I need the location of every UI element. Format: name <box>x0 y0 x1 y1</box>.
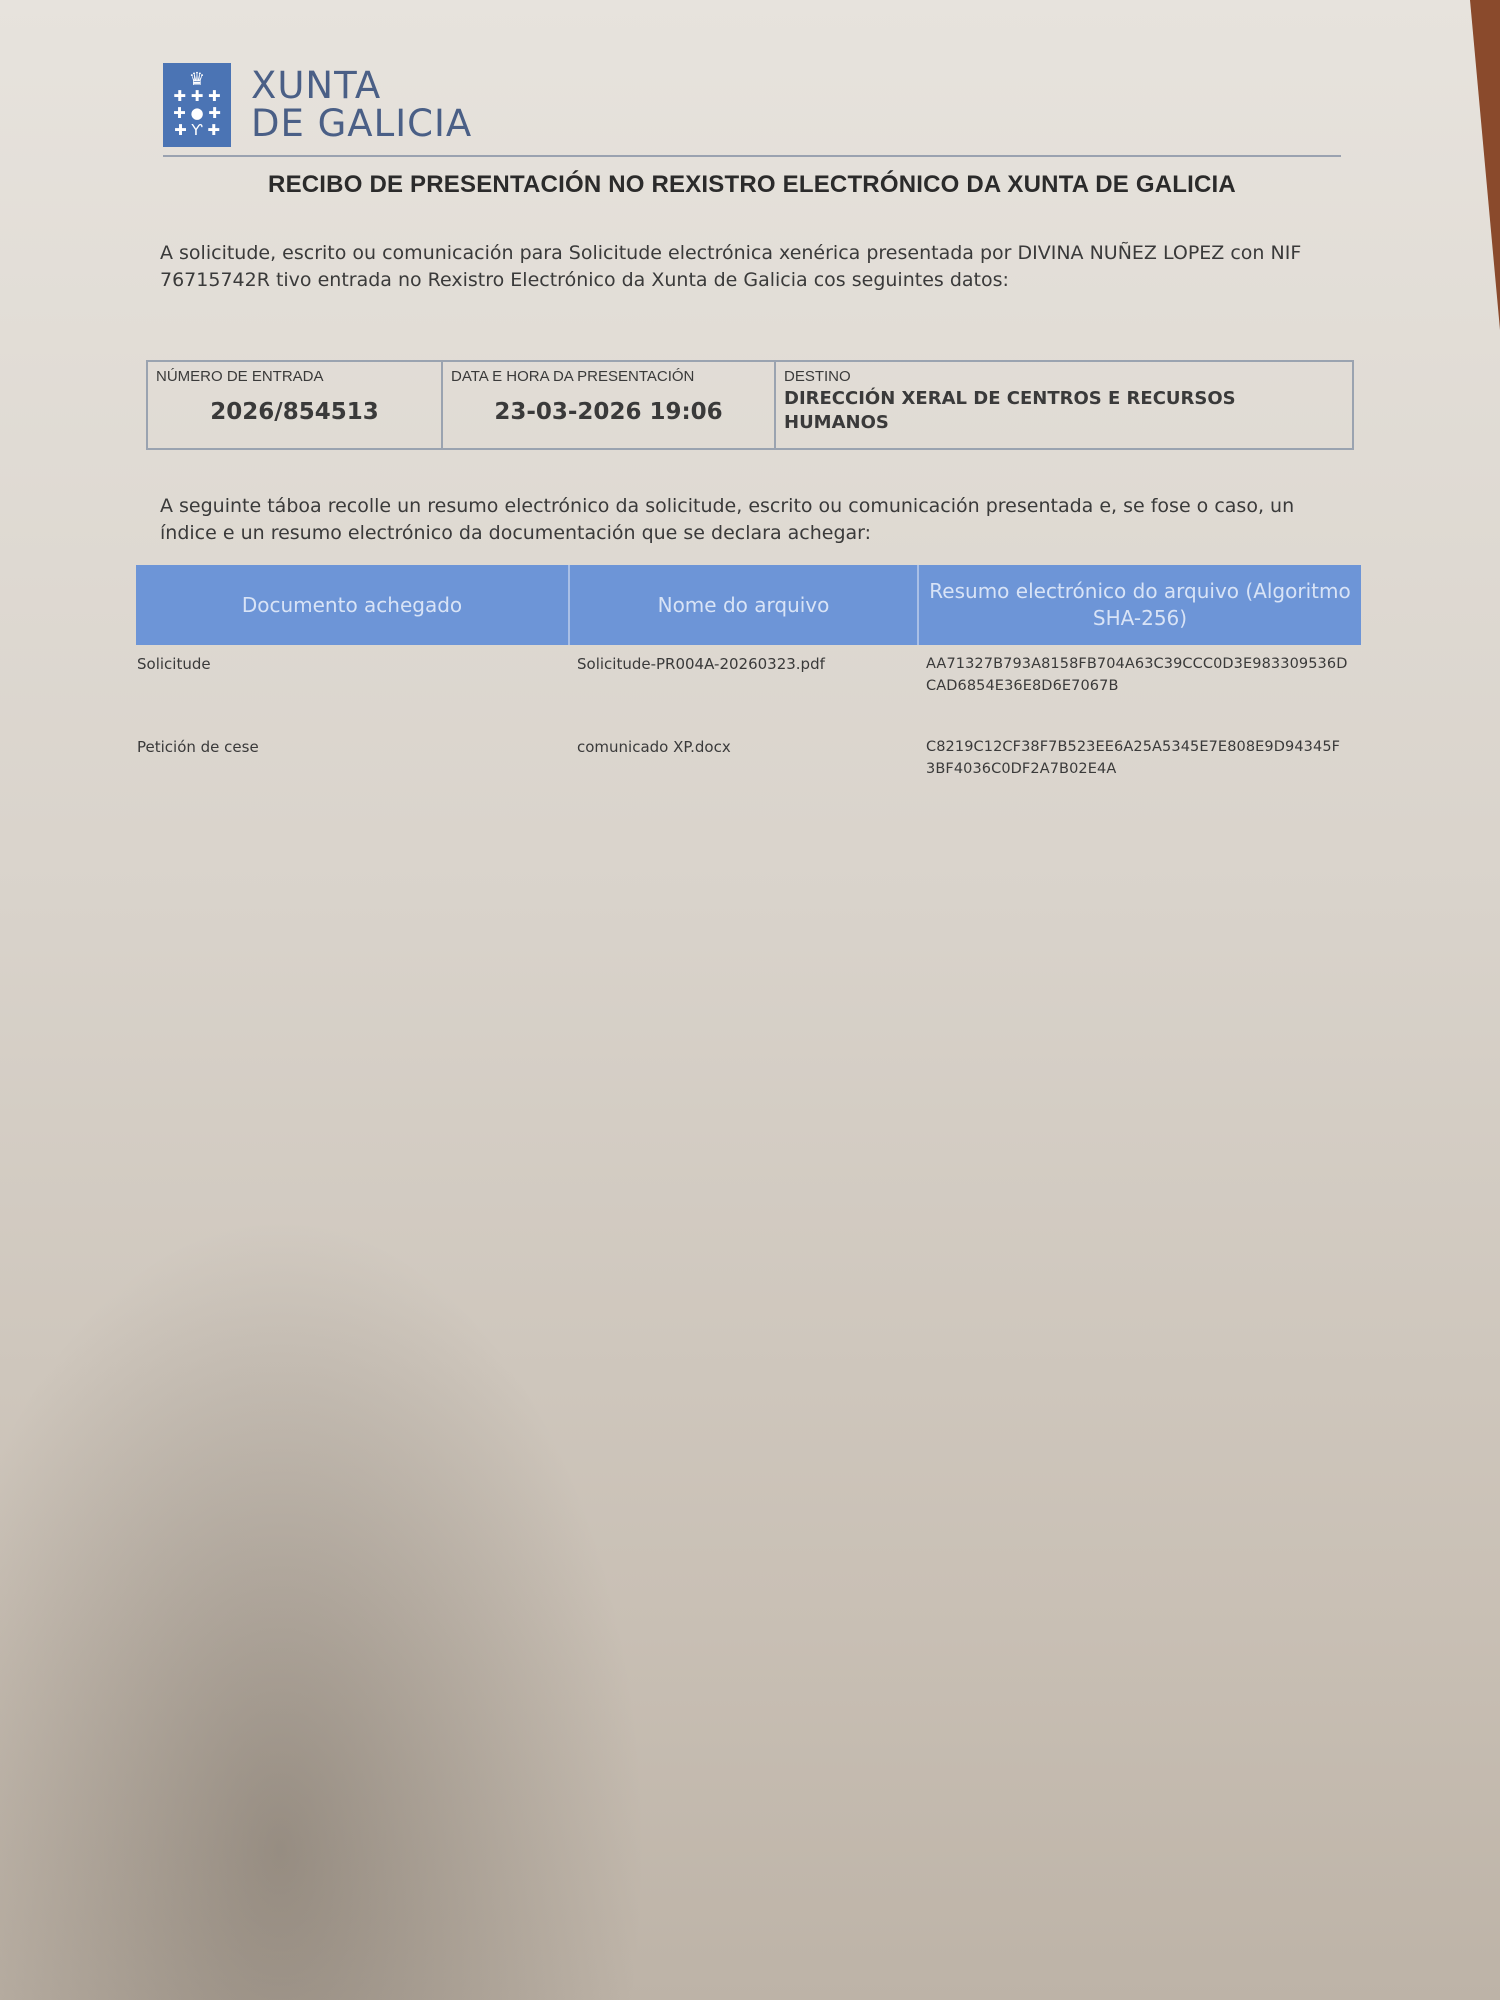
filename-cell: Solicitude-PR004A-20260323.pdf <box>569 645 918 728</box>
intro-paragraph: A solicitude, escrito ou comunicación pa… <box>160 240 1350 294</box>
entry-number-cell: NÚMERO DE ENTRADA 2026/854513 <box>148 362 443 448</box>
logo-text: XUNTA DE GALICIA <box>251 67 472 143</box>
document-cell: Petición de cese <box>136 728 569 811</box>
entry-destination-cell: DESTINO DIRECCIÓN XERAL DE CENTROS E REC… <box>776 362 1352 448</box>
entry-destination-label: DESTINO <box>784 368 1344 385</box>
entry-info-box: NÚMERO DE ENTRADA 2026/854513 DATA E HOR… <box>146 360 1354 450</box>
column-header-hash: Resumo electrónico do arquivo (Algoritmo… <box>918 565 1361 645</box>
entry-datetime-value: 23-03-2026 19:06 <box>451 399 766 425</box>
hash-line-2: 3BF4036C0DF2A7B02E4A <box>926 758 1360 780</box>
table-row: Petición de cese comunicado XP.docx C821… <box>136 728 1361 811</box>
summary-intro-paragraph: A seguinte táboa recolle un resumo elect… <box>160 493 1350 547</box>
entry-datetime-cell: DATA E HORA DA PRESENTACIÓN 23-03-2026 1… <box>443 362 776 448</box>
xunta-logo: ♛ ✚ ✚ ✚ ✚ ● ✚ ✚ Ƴ ✚ XUNTA DE GALICIA <box>163 63 472 147</box>
hash-line-1: C8219C12CF38F7B523EE6A25A5345E7E808E9D94… <box>926 736 1360 758</box>
document-page: ♛ ✚ ✚ ✚ ✚ ● ✚ ✚ Ƴ ✚ XUNTA DE GALICIA REC… <box>0 0 1500 2000</box>
hash-cell: AA71327B793A8158FB704A63C39CCC0D3E983309… <box>918 645 1361 728</box>
hash-line-1: AA71327B793A8158FB704A63C39CCC0D3E983309… <box>926 653 1360 675</box>
galicia-crest-icon: ♛ ✚ ✚ ✚ ✚ ● ✚ ✚ Ƴ ✚ <box>163 63 231 147</box>
table-header-row: Documento achegado Nome do arquivo Resum… <box>136 565 1361 645</box>
document-cell: Solicitude <box>136 645 569 728</box>
hash-line-2: CAD6854E36E8D6E7067B <box>926 675 1360 697</box>
entry-number-value: 2026/854513 <box>156 399 433 425</box>
entry-number-label: NÚMERO DE ENTRADA <box>156 368 433 385</box>
column-header-filename: Nome do arquivo <box>569 565 918 645</box>
column-header-document: Documento achegado <box>136 565 569 645</box>
entry-destination-value: DIRECCIÓN XERAL DE CENTROS E RECURSOS HU… <box>784 387 1344 435</box>
table-row: Solicitude Solicitude-PR004A-20260323.pd… <box>136 645 1361 728</box>
hash-cell: C8219C12CF38F7B523EE6A25A5345E7E808E9D94… <box>918 728 1361 811</box>
logo-line-1: XUNTA <box>251 67 472 105</box>
document-title: RECIBO DE PRESENTACIÓN NO REXISTRO ELECT… <box>163 171 1341 199</box>
filename-cell: comunicado XP.docx <box>569 728 918 811</box>
logo-line-2: DE GALICIA <box>251 105 472 143</box>
entry-datetime-label: DATA E HORA DA PRESENTACIÓN <box>451 368 766 385</box>
header-divider <box>163 155 1341 157</box>
attached-documents-table: Documento achegado Nome do arquivo Resum… <box>136 565 1361 811</box>
